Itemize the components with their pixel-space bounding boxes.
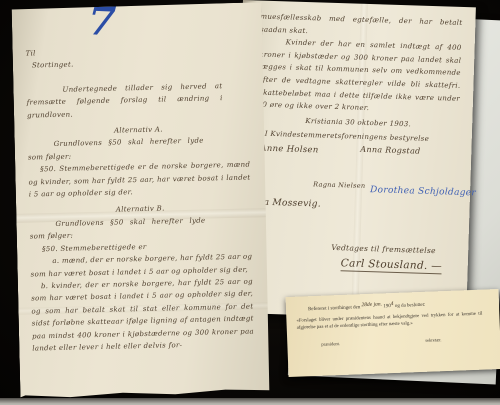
signature-ragna-nielsen: Ragna Nielsen xyxy=(313,180,365,190)
page-number: 7 xyxy=(87,0,117,44)
signature-anne-holsen: Anne Holsen xyxy=(260,144,319,156)
refer-line-after: og da besluttet: xyxy=(395,303,426,309)
alternative-b-item-b: b. kvinder, der er norske borgere, har f… xyxy=(31,275,255,354)
alternative-a-body: §50. Stemmeberettigede er de norske borg… xyxy=(28,159,251,201)
tax-paragraph: Kvinder der har en samlet indtægt af 400… xyxy=(258,36,462,118)
refer-line-year: 190 xyxy=(383,304,391,309)
president-label: præsident. xyxy=(321,341,340,347)
right-page-text: muesfællesskab med egtefælle, der har be… xyxy=(257,11,463,147)
refer-line: Refereret i storthinget den 28de jan. 19… xyxy=(308,302,426,313)
mat-edge xyxy=(0,398,500,405)
attachment-slip: Refereret i storthinget den 28de jan. 19… xyxy=(286,289,500,377)
refer-date-handwritten: 28de jan. xyxy=(361,301,382,308)
document-photo: muesfællesskab med egtefælle, der har be… xyxy=(0,0,500,405)
right-page: muesfællesskab med egtefælle, der har be… xyxy=(233,0,476,320)
left-page: 7 Til Stortinget. Undertegnede tillader … xyxy=(12,2,271,400)
signature-dorothea-schjoldager: Dorothea Schjoldager xyxy=(370,185,476,198)
resolution-quote: «Forslaget bliver under præsidentens haa… xyxy=(296,312,482,332)
refer-line-before: Refereret i storthinget den xyxy=(308,305,360,312)
left-page-text: Til Stortinget. Undertegnede tillader si… xyxy=(25,43,254,355)
slip-text: Refereret i storthinget den 28de jan. 19… xyxy=(286,289,500,377)
secretary-label: sekretær. xyxy=(425,337,441,343)
signature-anna-rogstad: Anna Rogstad xyxy=(360,145,420,156)
endorsement-line: Vedtages til fremsættelse xyxy=(331,243,436,255)
intro-paragraph: Undertegnede tillader sig herved at frem… xyxy=(26,79,249,121)
refer-year-handwritten: 4 xyxy=(391,301,394,307)
